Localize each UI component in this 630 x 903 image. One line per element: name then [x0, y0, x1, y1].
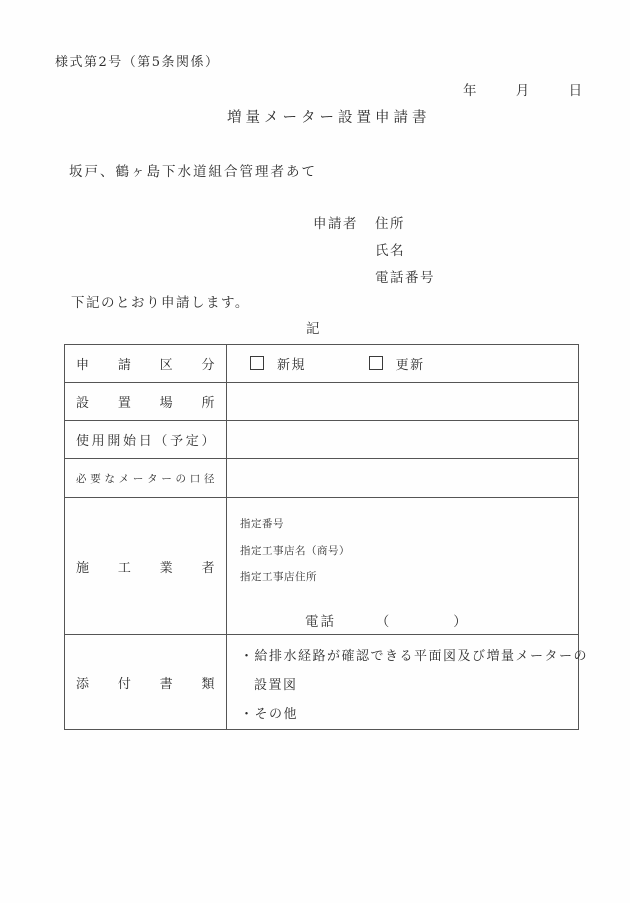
row-contractor: 施 工 業 者 指定番号 指定工事店名（商号） 指定工事店住所 電話 （ ） [65, 498, 579, 635]
row-application-type: 申 請 区 分 新規 更新 [65, 345, 579, 383]
contractor-phone-line: 電話 （ ） [240, 610, 578, 630]
date-day-label: 日 [569, 79, 583, 99]
record-heading: 記 [306, 317, 321, 337]
row-attachments: 添 付 書 類 ・給排水経路が確認できる平面図及び増量メーターの 設置図 ・その… [65, 635, 579, 730]
option-renew-label: 更新 [396, 358, 425, 373]
designated-number-label: 指定番号 [240, 511, 578, 538]
applicant-name-label: 氏名 [375, 239, 405, 259]
location-label: 設 置 場 所 [65, 383, 227, 421]
date-line: 年 月 日 [463, 79, 582, 99]
option-new: 新規 [250, 354, 306, 373]
document-title: 増量メーター設置申請書 [227, 106, 431, 127]
application-table: 申 請 区 分 新規 更新 設 置 場 所 使用開始日（予定） 必要なメーターの… [64, 344, 579, 730]
attachments-label: 添 付 書 類 [65, 635, 227, 730]
contractor-label: 施 工 業 者 [65, 498, 227, 635]
designated-shop-address-label: 指定工事店住所 [240, 564, 578, 591]
contractor-value-cell: 指定番号 指定工事店名（商号） 指定工事店住所 電話 （ ） [227, 498, 579, 635]
application-type-label: 申 請 区 分 [65, 345, 227, 383]
applicant-phone-label: 電話番号 [375, 266, 435, 286]
row-meter-size: 必要なメーターの口径 [65, 459, 579, 498]
option-renew: 更新 [369, 354, 425, 373]
attachment-item1-line1: ・給排水経路が確認できる平面図及び増量メーターの [240, 642, 578, 671]
designated-shop-name-label: 指定工事店名（商号） [240, 538, 578, 565]
applicant-label: 申請者 [313, 212, 358, 232]
attachments-value-cell: ・給排水経路が確認できる平面図及び増量メーターの 設置図 ・その他 [227, 635, 579, 730]
application-form-page: 様式第2号（第5条関係） 年 月 日 増量メーター設置申請書 坂戸、鶴ヶ島下水道… [0, 0, 630, 903]
attachment-item2: ・その他 [240, 700, 578, 729]
form-number: 様式第2号（第5条関係） [55, 51, 220, 70]
declaration-line: 下記のとおり申請します。 [71, 291, 250, 311]
applicant-address-label: 住所 [375, 212, 405, 232]
start-date-value-cell [227, 421, 579, 459]
option-new-label: 新規 [277, 358, 306, 373]
date-year-label: 年 [463, 79, 477, 99]
addressee-line: 坂戸、鶴ヶ島下水道組合管理者あて [69, 160, 317, 180]
start-date-label: 使用開始日（予定） [65, 421, 227, 459]
date-month-label: 月 [516, 79, 530, 99]
checkbox-renew-icon [369, 356, 383, 370]
row-location: 設 置 場 所 [65, 383, 579, 421]
attachment-item1-line2: 設置図 [240, 671, 578, 700]
meter-size-value-cell [227, 459, 579, 498]
location-value-cell [227, 383, 579, 421]
checkbox-new-icon [250, 356, 264, 370]
meter-size-label: 必要なメーターの口径 [65, 459, 227, 498]
application-type-value-cell: 新規 更新 [227, 345, 579, 383]
row-start-date: 使用開始日（予定） [65, 421, 579, 459]
